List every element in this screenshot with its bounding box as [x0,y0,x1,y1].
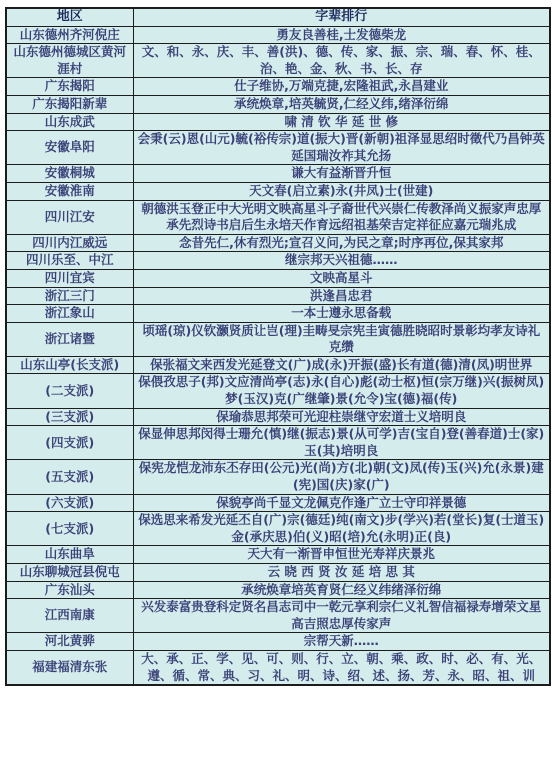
table-row: 山东德州德城区黄河涯村文、和、永、庆、丰、善(洪)、德、传、家、振、宗、瑞、春、… [6,44,550,78]
table-row: 江西南康兴发泰富贵登科定贤名昌志司中一乾元享利宗仁义礼智信福禄寿增荣文星高吉照忠… [6,599,550,633]
table-row: 浙江三门洪逢昌忠君 [6,287,550,305]
region-cell: 安徽桐城 [6,165,133,183]
region-cell: 山东曲阜 [6,546,133,564]
table-row: 山东成武啸 清 钦 华 延 世 修 [6,113,550,131]
table-row: 浙江诸暨顷瑶(琼)仪钦灏贤质让岂(理)圭畴旻宗宪圭寅德胜晓昭时景彰均孝友诗礼克缵 [6,322,550,356]
table-row: 广东揭阳新辈承统焕章,培英毓贤,仁经义纬,绪泽衍绵 [6,95,550,113]
ranking-cell: 天大有一渐晋申恒世光寿祥庆景兆 [133,546,550,564]
header-region: 地区 [6,8,133,26]
table-row: (五支派)保宪龙恺龙沛东丕存田(公元)光(尚)方(北)朝(文)凤(传)玉(兴)允… [6,460,550,494]
ranking-cell: 承统焕章,培英毓贤,仁经义纬,绪泽衍绵 [133,95,550,113]
table-row: 四川内江威远念昔先仁,休有烈光;宣召义问,为民之章;时序再位,保其家邦 [6,234,550,252]
region-cell: (六支派) [6,494,133,512]
ranking-cell: 保选思来希发光延丕自(广)宗(德廷)纯(南文)步(学兴)若(堂长)复(士道玉)金… [133,512,550,546]
region-cell: 山东德州德城区黄河涯村 [6,44,133,78]
region-cell: 广东汕头 [6,581,133,599]
region-cell: 河北黄骅 [6,633,133,651]
ranking-cell: 保张福文来西发光延登文(广)成(永)开振(盛)长有道(德)清(凤)明世界 [133,356,550,374]
table-header: 地区 字辈排行 [6,8,550,26]
ranking-cell: 承统焕章培英育贤仁经义纬绪泽衍绵 [133,581,550,599]
ranking-cell: 保显伸思邦闵得士珊允(慎)继(振志)景(从可学)吉(宝自)登(善春道)士(家)玉… [133,426,550,460]
region-cell: 四川乐至、中江 [6,252,133,270]
table-row: 安徽桐城谦大有益渐晋升恒 [6,165,550,183]
header-ranking: 字辈排行 [133,8,550,26]
region-cell: 安徽阜阳 [6,131,133,165]
ranking-cell: 朝德洪玉登正中大光明文映高星斗子裔世代兴崇仁传教泽尚义振家声忠厚承先烈诗书启后生… [133,200,550,234]
region-cell: 安徽淮南 [6,182,133,200]
region-cell: 四川江安 [6,200,133,234]
table-row: 广东汕头承统焕章培英育贤仁经义纬绪泽衍绵 [6,581,550,599]
region-cell: (五支派) [6,460,133,494]
region-cell: 山东成武 [6,113,133,131]
table-row: 四川乐至、中江继宗邦天兴祖德…… [6,252,550,270]
region-cell: 山东聊城冠县倪屯 [6,564,133,582]
table-row: (四支派)保显伸思邦闵得士珊允(慎)继(振志)景(从可学)吉(宝自)登(善春道)… [6,426,550,460]
header-row: 地区 字辈排行 [6,8,550,26]
table-row: 山东曲阜天大有一渐晋申恒世光寿祥庆景兆 [6,546,550,564]
ranking-cell: 洪逢昌忠君 [133,287,550,305]
table-row: 浙江象山一本士遵永思备载 [6,305,550,323]
generation-ranking-table: 地区 字辈排行 山东德州齐河倪庄勇友良善桂,士发德柴龙山东德州德城区黄河涯村文、… [5,7,551,686]
ranking-cell: 念昔先仁,休有烈光;宣召义问,为民之章;时序再位,保其家邦 [133,234,550,252]
region-cell: 四川宜宾 [6,269,133,287]
ranking-cell: 兴发泰富贵登科定贤名昌志司中一乾元享利宗仁义礼智信福禄寿增荣文星高吉照忠厚传家声 [133,599,550,633]
table-row: (七支派)保选思来希发光延丕自(广)宗(德廷)纯(南文)步(学兴)若(堂长)复(… [6,512,550,546]
ranking-cell: 大、承、正、学、见、可、则、行、立、朝、乘、政、时、必、有、光、遵、循、常、典、… [133,650,550,685]
ranking-cell: 保瑜恭思邦荣可光迎柱崇继守宏道士义培明良 [133,408,550,426]
region-cell: 山东山亭(长支派) [6,356,133,374]
ranking-cell: 谦大有益渐晋升恒 [133,165,550,183]
ranking-cell: 云 晓 西 贤 汝 延 培 思 其 [133,564,550,582]
region-cell: 浙江诸暨 [6,322,133,356]
table-row: 四川江安朝德洪玉登正中大光明文映高星斗子裔世代兴崇仁传教泽尚义振家声忠厚承先烈诗… [6,200,550,234]
table-body: 山东德州齐河倪庄勇友良善桂,士发德柴龙山东德州德城区黄河涯村文、和、永、庆、丰、… [6,26,550,685]
table-row: (六支派)保貌亭尚千显文龙佩克作逢广立士守印祥景德 [6,494,550,512]
ranking-cell: 文、和、永、庆、丰、善(洪)、德、传、家、振、宗、瑞、春、怀、桂、治、艳、金、秋… [133,44,550,78]
table-row: 四川宜宾文映高星斗 [6,269,550,287]
ranking-cell: 继宗邦天兴祖德…… [133,252,550,270]
table-row: 山东德州齐河倪庄勇友良善桂,士发德柴龙 [6,26,550,44]
region-cell: (四支派) [6,426,133,460]
region-cell: 四川内江威远 [6,234,133,252]
table-row: 山东聊城冠县倪屯云 晓 西 贤 汝 延 培 思 其 [6,564,550,582]
table-row: (二支派)保偎孜思子(邦)文应清尚亭(志)永(自心)彪(动士枢)恒(宗万继)兴(… [6,374,550,408]
table-row: 福建福清东张大、承、正、学、见、可、则、行、立、朝、乘、政、时、必、有、光、遵、… [6,650,550,685]
region-cell: 浙江象山 [6,305,133,323]
region-cell: 江西南康 [6,599,133,633]
ranking-cell: 保宪龙恺龙沛东丕存田(公元)光(尚)方(北)朝(文)凤(传)玉(兴)允(永景)建… [133,460,550,494]
ranking-cell: 天文春(启立素)永(井凤)士(世建) [133,182,550,200]
ranking-cell: 保貌亭尚千显文龙佩克作逢广立士守印祥景德 [133,494,550,512]
ranking-cell: 会秉(云)恩(山元)毓(裕传宗)道(振大)晋(新朝)祖泽显思绍时徵代乃昌钟英延国… [133,131,550,165]
table-row: 安徽阜阳会秉(云)恩(山元)毓(裕传宗)道(振大)晋(新朝)祖泽显思绍时徵代乃昌… [6,131,550,165]
region-cell: 广东揭阳新辈 [6,95,133,113]
region-cell: (三支派) [6,408,133,426]
ranking-cell: 勇友良善桂,士发德柴龙 [133,26,550,44]
region-cell: (七支派) [6,512,133,546]
region-cell: (二支派) [6,374,133,408]
ranking-cell: 啸 清 钦 华 延 世 修 [133,113,550,131]
region-cell: 浙江三门 [6,287,133,305]
region-cell: 山东德州齐河倪庄 [6,26,133,44]
ranking-cell: 一本士遵永思备载 [133,305,550,323]
ranking-cell: 保偎孜思子(邦)文应清尚亭(志)永(自心)彪(动士枢)恒(宗万继)兴(振树凤)梦… [133,374,550,408]
table-row: 安徽淮南天文春(启立素)永(井凤)士(世建) [6,182,550,200]
region-cell: 福建福清东张 [6,650,133,685]
table-row: (三支派)保瑜恭思邦荣可光迎柱崇继守宏道士义培明良 [6,408,550,426]
ranking-cell: 顷瑶(琼)仪钦灏贤质让岂(理)圭畴旻宗宪圭寅德胜晓昭时景彰均孝友诗礼克缵 [133,322,550,356]
table-row: 广东揭阳仕子维协,万端克捷,宏隆祖武,永昌建业 [6,78,550,96]
region-cell: 广东揭阳 [6,78,133,96]
table-row: 河北黄骅宗帮天新…… [6,633,550,651]
table-row: 山东山亭(长支派)保张福文来西发光延登文(广)成(永)开振(盛)长有道(德)清(… [6,356,550,374]
ranking-cell: 仕子维协,万端克捷,宏隆祖武,永昌建业 [133,78,550,96]
ranking-cell: 文映高星斗 [133,269,550,287]
ranking-cell: 宗帮天新…… [133,633,550,651]
